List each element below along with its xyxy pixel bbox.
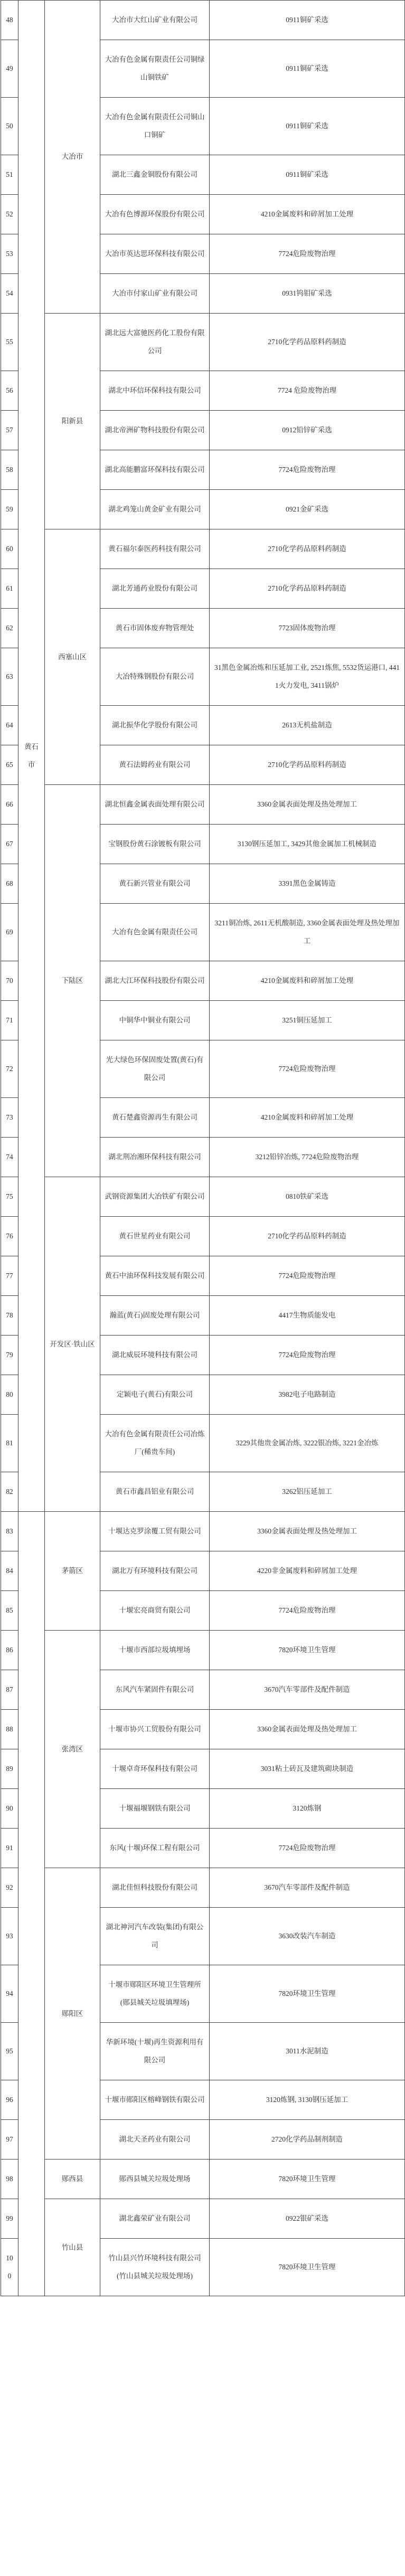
row-number-cell: 85 [1, 1591, 18, 1631]
row-number-cell: 83 [1, 1512, 18, 1551]
enterprise-table: 48黄石市大冶市大冶市大红山矿业有限公司0911铜矿采选49大冶有色金属有限责任… [1, 0, 405, 2296]
company-cell: 大冶市大红山矿业有限公司 [100, 1, 210, 40]
industry-cell: 2710化学药品原料药制造 [210, 1217, 405, 1256]
company-cell: 竹山县兴竹环境科技有限公司(竹山县城关垃圾处理场) [100, 2239, 210, 2296]
company-cell: 黄石市鑫昌铝业有限公司 [100, 1472, 210, 1512]
company-cell: 湖北佳恒科技股份有限公司 [100, 1868, 210, 1908]
company-cell: 湖北威辰环境科技有限公司 [100, 1336, 210, 1375]
industry-cell: 0931钨钼矿采选 [210, 274, 405, 314]
row-number-cell: 50 [1, 98, 18, 155]
company-cell: 大冶有色金属有限责任公司 [100, 904, 210, 961]
industry-cell: 3120炼钢 [210, 1789, 405, 1829]
table-row: 83茅箭区十堰达克罗涂覆工贸有限公司3360金属表面处理及热处理加工 [1, 1512, 405, 1551]
row-number-cell: 86 [1, 1631, 18, 1670]
company-cell: 大冶市付家山矿业有限公司 [100, 274, 210, 314]
company-cell: 十堰市协兴工贸股份有限公司 [100, 1710, 210, 1749]
company-cell: 宝钢股份黄石涂镀板有限公司 [100, 825, 210, 864]
row-number-cell: 65 [1, 745, 18, 785]
industry-cell: 3982电子电路制造 [210, 1375, 405, 1415]
company-cell: 黄石法姆药业有限公司 [100, 745, 210, 785]
row-number-cell: 74 [1, 1138, 18, 1177]
row-number-cell: 99 [1, 2199, 18, 2239]
row-number-cell: 93 [1, 1908, 18, 1965]
company-cell: 光大绿色环保固废处置(黄石)有限公司 [100, 1040, 210, 1098]
company-cell: 定颖电子(黄石)有限公司 [100, 1375, 210, 1415]
company-cell: 十堰宏亮商贸有限公司 [100, 1591, 210, 1631]
company-cell: 湖北大江环保科技股份有限公司 [100, 961, 210, 1001]
industry-cell: 0922银矿采选 [210, 2199, 405, 2239]
table-row: 99竹山县湖北鑫荣矿业有限公司0922银矿采选 [1, 2199, 405, 2239]
industry-cell: 0911铜矿采选 [210, 40, 405, 98]
row-number-cell: 52 [1, 195, 18, 234]
industry-cell: 0911铜矿采选 [210, 1, 405, 40]
industry-cell: 7724危险废物治理 [210, 1256, 405, 1296]
company-cell: 湖北芳通药业股份有限公司 [100, 569, 210, 609]
company-cell: 十堰卓奇环保科技有限公司 [100, 1749, 210, 1789]
row-number-cell: 75 [1, 1177, 18, 1217]
row-number-cell: 80 [1, 1375, 18, 1415]
row-number-cell: 59 [1, 490, 18, 529]
company-cell: 大冶市英达思环保科技有限公司 [100, 234, 210, 274]
row-number-cell: 63 [1, 648, 18, 706]
industry-cell: 2720化学药品制剂制造 [210, 2120, 405, 2160]
company-cell: 湖北三鑫金铜股份有限公司 [100, 155, 210, 195]
district-cell: 开发区·铁山区 [45, 1177, 100, 1512]
row-number-cell: 84 [1, 1551, 18, 1591]
table-row: 48黄石市大冶市大冶市大红山矿业有限公司0911铜矿采选 [1, 1, 405, 40]
row-number-cell: 73 [1, 1098, 18, 1138]
page: 48黄石市大冶市大冶市大红山矿业有限公司0911铜矿采选49大冶有色金属有限责任… [0, 0, 405, 2296]
company-cell: 黄石福尔泰医药科技有限公司 [100, 529, 210, 569]
row-number-cell: 53 [1, 234, 18, 274]
row-number-cell: 49 [1, 40, 18, 98]
industry-cell: 7724危险废物治理 [210, 1829, 405, 1868]
industry-cell: 3360金属表面处理及热处理加工 [210, 1512, 405, 1551]
district-cell: 下陆区 [45, 785, 100, 1177]
table-row: 60西塞山区黄石福尔泰医药科技有限公司2710化学药品原料药制造 [1, 529, 405, 569]
company-cell: 东风汽车紧固件有限公司 [100, 1670, 210, 1710]
industry-cell: 4220非金属废料和碎屑加工处理 [210, 1551, 405, 1591]
company-cell: 瀚蓝(黄石)固废处理有限公司 [100, 1296, 210, 1336]
row-number-cell: 76 [1, 1217, 18, 1256]
company-cell: 武钢资源集团大冶铁矿有限公司 [100, 1177, 210, 1217]
row-number-cell: 78 [1, 1296, 18, 1336]
row-number-cell: 71 [1, 1001, 18, 1040]
industry-cell: 3031粘土砖瓦及建筑砌块制造 [210, 1749, 405, 1789]
row-number-cell: 58 [1, 450, 18, 490]
company-cell: 大冶有色博源环保股份有限公司 [100, 195, 210, 234]
industry-cell: 7724 危险废物治理 [210, 371, 405, 411]
row-number-cell: 91 [1, 1829, 18, 1868]
company-cell: 湖北鸡笼山黄金矿业有限公司 [100, 490, 210, 529]
industry-cell: 3630改装汽车制造 [210, 1908, 405, 1965]
row-number-cell: 54 [1, 274, 18, 314]
row-number-cell: 57 [1, 411, 18, 450]
industry-cell: 7724危险废物治理 [210, 1336, 405, 1375]
industry-cell: 2710化学药品原料药制造 [210, 314, 405, 371]
industry-cell: 3262铝压延加工 [210, 1472, 405, 1512]
company-cell: 湖北振华化学股份有限公司 [100, 706, 210, 745]
row-number-cell: 48 [1, 1, 18, 40]
city-cell [18, 1512, 45, 2296]
industry-cell: 7820环境卫生管理 [210, 1965, 405, 2023]
table-body: 48黄石市大冶市大冶市大红山矿业有限公司0911铜矿采选49大冶有色金属有限责任… [1, 1, 405, 2296]
industry-cell: 0921金矿采选 [210, 490, 405, 529]
row-number-cell: 92 [1, 1868, 18, 1908]
industry-cell: 7723固体废物治理 [210, 609, 405, 648]
company-cell: 十堰市郧阳区榕峰钢铁有限公司 [100, 2080, 210, 2120]
row-number-cell: 95 [1, 2023, 18, 2080]
district-cell: 竹山县 [45, 2199, 100, 2296]
industry-cell: 3011水泥制造 [210, 2023, 405, 2080]
industry-cell: 7724危险废物治理 [210, 450, 405, 490]
row-number-cell: 69 [1, 904, 18, 961]
industry-cell: 4417生物质能发电 [210, 1296, 405, 1336]
row-number-cell: 98 [1, 2160, 18, 2199]
row-number-cell: 72 [1, 1040, 18, 1098]
row-number-cell: 81 [1, 1415, 18, 1472]
district-cell: 郧西县 [45, 2160, 100, 2199]
row-number-cell: 88 [1, 1710, 18, 1749]
industry-cell: 7820环境卫生管理 [210, 2239, 405, 2296]
company-cell: 大冶特殊钢股份有限公司 [100, 648, 210, 706]
row-number-cell: 79 [1, 1336, 18, 1375]
table-row: 75开发区·铁山区武钢资源集团大冶铁矿有限公司0810铁矿采选 [1, 1177, 405, 1217]
district-cell: 茅箭区 [45, 1512, 100, 1631]
company-cell: 湖北神河汽车改装(集团)有限公司 [100, 1908, 210, 1965]
district-cell: 阳新县 [45, 314, 100, 529]
company-cell: 湖北万有环境科技有限公司 [100, 1551, 210, 1591]
row-number-cell: 64 [1, 706, 18, 745]
table-row: 92郧阳区湖北佳恒科技股份有限公司3670汽车零部件及配件制造 [1, 1868, 405, 1908]
row-number-cell: 68 [1, 864, 18, 904]
industry-cell: 4210金属废料和碎屑加工处理 [210, 1098, 405, 1138]
industry-cell: 3212铅锌冶炼, 7724危险废物治理 [210, 1138, 405, 1177]
industry-cell: 7724危险废物治理 [210, 1040, 405, 1098]
district-cell: 张湾区 [45, 1631, 100, 1868]
table-row: 55阳新县湖北远大富驰医药化工股份有限公司2710化学药品原料药制造 [1, 314, 405, 371]
company-cell: 湖北中环信环保科技有限公司 [100, 371, 210, 411]
company-cell: 十堰福堰钢铁有限公司 [100, 1789, 210, 1829]
row-number-cell: 60 [1, 529, 18, 569]
industry-cell: 2710化学药品原料药制造 [210, 529, 405, 569]
industry-cell: 7820环境卫生管理 [210, 1631, 405, 1670]
row-number-cell: 77 [1, 1256, 18, 1296]
industry-cell: 3670汽车零部件及配件制造 [210, 1868, 405, 1908]
industry-cell: 3251铜压延加工 [210, 1001, 405, 1040]
industry-cell: 7724危险废物治理 [210, 1591, 405, 1631]
table-row: 66下陆区湖北恒鑫金属表面处理有限公司3360金属表面处理及热处理加工 [1, 785, 405, 825]
row-number-cell: 96 [1, 2080, 18, 2120]
row-number-cell: 100 [1, 2239, 18, 2296]
row-number-cell: 90 [1, 1789, 18, 1829]
row-number-cell: 55 [1, 314, 18, 371]
industry-cell: 3391黑色金属铸造 [210, 864, 405, 904]
row-number-cell: 56 [1, 371, 18, 411]
city-cell: 黄石市 [18, 1, 45, 1512]
industry-cell: 0810铁矿采选 [210, 1177, 405, 1217]
row-number-cell: 70 [1, 961, 18, 1001]
company-cell: 中铜华中铜业有限公司 [100, 1001, 210, 1040]
industry-cell: 4210金属废料和碎屑加工处理 [210, 195, 405, 234]
company-cell: 黄石楚鑫资源再生有限公司 [100, 1098, 210, 1138]
company-cell: 十堰达克罗涂覆工贸有限公司 [100, 1512, 210, 1551]
company-cell: 大冶有色金属有限责任公司铜绿山铜铁矿 [100, 40, 210, 98]
company-cell: 华新环境(十堰)再生资源利用有限公司 [100, 2023, 210, 2080]
row-number-cell: 89 [1, 1749, 18, 1789]
company-cell: 东风(十堰)环保工程有限公司 [100, 1829, 210, 1868]
row-number-cell: 94 [1, 1965, 18, 2023]
company-cell: 黄石新兴管业有限公司 [100, 864, 210, 904]
row-number-cell: 62 [1, 609, 18, 648]
industry-cell: 7820环境卫生管理 [210, 2160, 405, 2199]
company-cell: 黄石市固体废弃物管理处 [100, 609, 210, 648]
industry-cell: 3360金属表面处理及热处理加工 [210, 785, 405, 825]
company-cell: 湖北帝洲矿物科技股份有限公司 [100, 411, 210, 450]
district-cell: 西塞山区 [45, 529, 100, 785]
industry-cell: 0911铜矿采选 [210, 98, 405, 155]
company-cell: 十堰市郧阳区环境卫生管理所(郧县城关垃圾填埋场) [100, 1965, 210, 2023]
row-number-cell: 87 [1, 1670, 18, 1710]
company-cell: 大冶有色金属有限责任公司铜山口铜矿 [100, 98, 210, 155]
company-cell: 湖北鑫荣矿业有限公司 [100, 2199, 210, 2239]
industry-cell: 3229其他贵金属冶炼, 3222银冶炼, 3221金冶炼 [210, 1415, 405, 1472]
industry-cell: 3130钢压延加工, 3429其他金属加工机械制造 [210, 825, 405, 864]
company-cell: 湖北远大富驰医药化工股份有限公司 [100, 314, 210, 371]
industry-cell: 3360金属表面处理及热处理加工 [210, 1710, 405, 1749]
company-cell: 郧西县城关垃圾处理场 [100, 2160, 210, 2199]
industry-cell: 7724危险废物治理 [210, 234, 405, 274]
row-number-cell: 61 [1, 569, 18, 609]
industry-cell: 3211铜冶炼, 2611无机酸制造, 3360金属表面处理及热处理加工 [210, 904, 405, 961]
row-number-cell: 97 [1, 2120, 18, 2160]
industry-cell: 2710化学药品原料药制造 [210, 569, 405, 609]
industry-cell: 2710化学药品原料药制造 [210, 745, 405, 785]
industry-cell: 31黑色金属冶炼和压延加工业, 2521炼焦, 5532货运港口, 4411火力… [210, 648, 405, 706]
company-cell: 湖北天圣药业有限公司 [100, 2120, 210, 2160]
industry-cell: 0912铅锌矿采选 [210, 411, 405, 450]
industry-cell: 2613无机盐制造 [210, 706, 405, 745]
industry-cell: 4210金属废料和碎屑加工处理 [210, 961, 405, 1001]
table-row: 98郧西县郧西县城关垃圾处理场7820环境卫生管理 [1, 2160, 405, 2199]
table-row: 86张湾区十堰市西部垃圾填埋场7820环境卫生管理 [1, 1631, 405, 1670]
company-cell: 黄石世星药业有限公司 [100, 1217, 210, 1256]
row-number-cell: 51 [1, 155, 18, 195]
row-number-cell: 66 [1, 785, 18, 825]
company-cell: 湖北荆冶湘环保科技有限公司 [100, 1138, 210, 1177]
industry-cell: 3120炼钢, 3130钢压延加工 [210, 2080, 405, 2120]
industry-cell: 0911铜矿采选 [210, 155, 405, 195]
company-cell: 湖北高能鹏富环保科技有限公司 [100, 450, 210, 490]
company-cell: 大冶有色金属有限责任公司冶炼厂(稀贵车间) [100, 1415, 210, 1472]
row-number-cell: 67 [1, 825, 18, 864]
company-cell: 十堰市西部垃圾填埋场 [100, 1631, 210, 1670]
district-cell: 大冶市 [45, 1, 100, 314]
industry-cell: 3670汽车零部件及配件制造 [210, 1670, 405, 1710]
row-number-cell: 82 [1, 1472, 18, 1512]
district-cell: 郧阳区 [45, 1868, 100, 2160]
company-cell: 湖北恒鑫金属表面处理有限公司 [100, 785, 210, 825]
company-cell: 黄石中油环保科技发展有限公司 [100, 1256, 210, 1296]
